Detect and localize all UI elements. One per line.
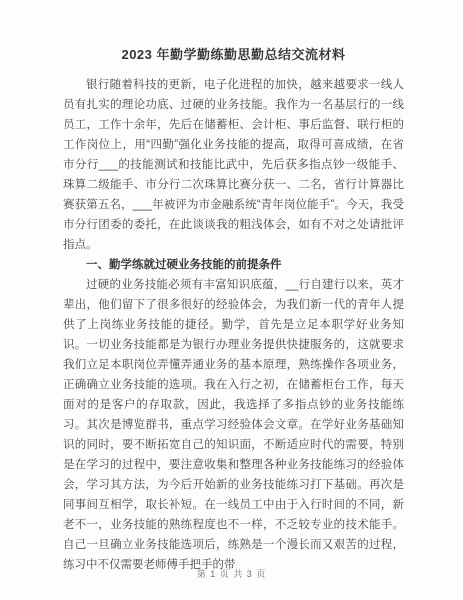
paragraph-intro: 银行随着科技的更新，电子化进程的加快，越来越要求一线人员有扎实的理论功底、过硬的… xyxy=(63,75,404,255)
document-page: 2023 年勤学勤练勤思勤总结交流材料 银行随着科技的更新，电子化进程的加快，越… xyxy=(0,0,463,600)
paragraph-section-1: 过硬的业务技能必须有丰富知识底蕴，__行自建行以来，英才辈出，他们留下了很多很好… xyxy=(63,275,404,575)
document-title: 2023 年勤学勤练勤思勤总结交流材料 xyxy=(63,46,404,64)
section-heading-1: 一、勤学练就过硬业务技能的前提条件 xyxy=(63,255,404,275)
page-number-footer: 第 1 页 共 3 页 xyxy=(0,567,463,580)
